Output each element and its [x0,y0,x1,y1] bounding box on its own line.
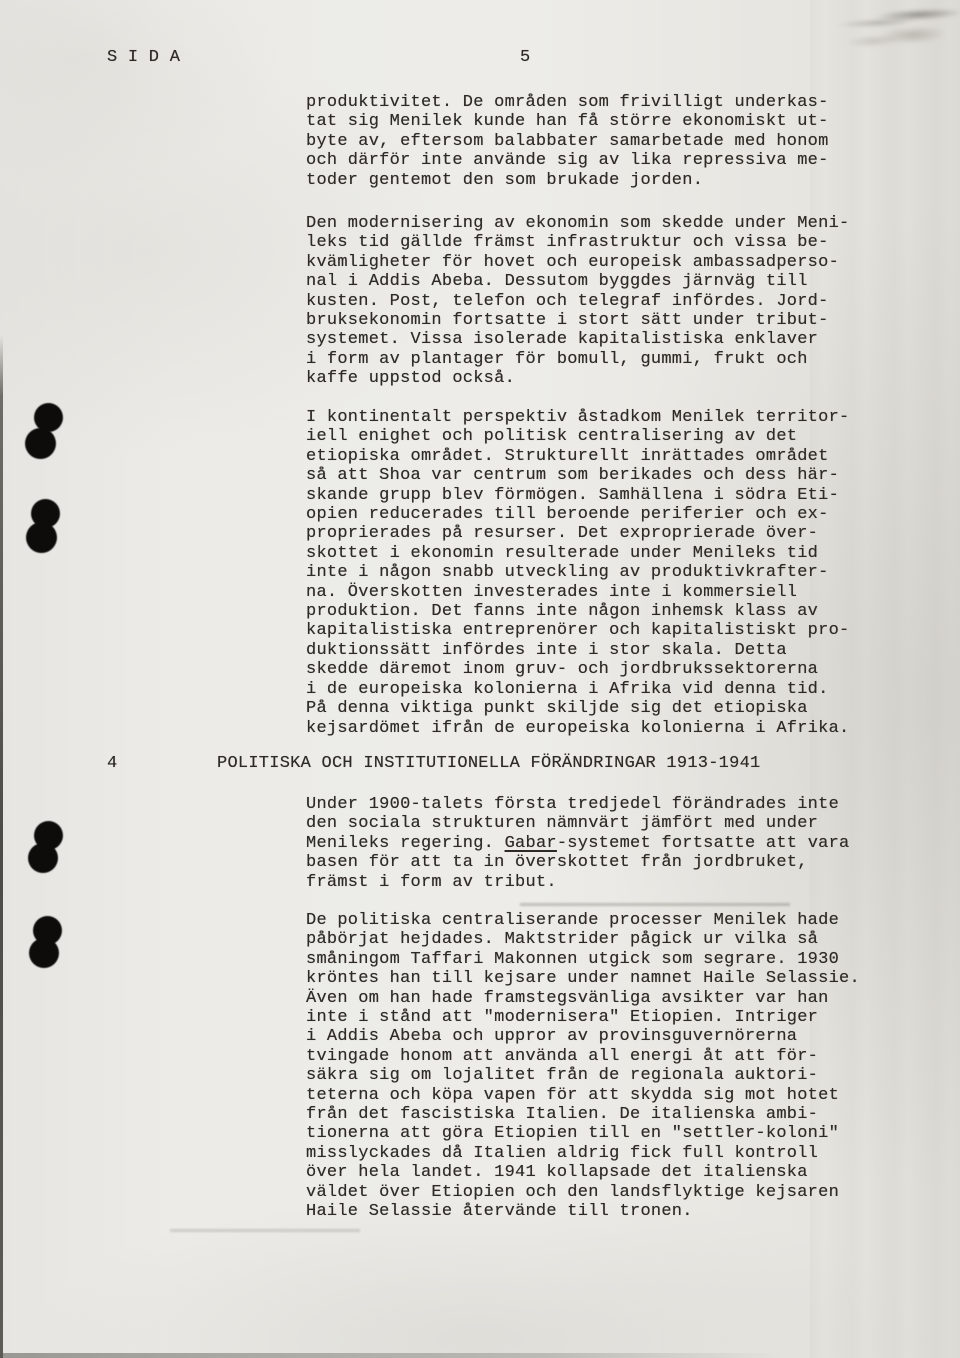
page-number: 5 [520,48,530,67]
paragraph-1: produktivitet. De områden som frivilligt… [306,93,829,190]
paragraph-4: Under 1900-talets första tredjedel förän… [306,795,850,892]
paragraph-2: Den modernisering av ekonomin som skedde… [306,214,850,389]
scan-edge-left [0,335,3,1358]
header-label: S I D A [107,48,180,67]
paragraph-5: De politiska centraliserande processer M… [306,911,860,1222]
section-heading-title: POLITISKA OCH INSTITUTIONELLA FÖRÄNDRING… [217,754,761,773]
scanned-document-page: S I D A 5 produktivitet. De områden som … [0,0,960,1358]
section-number: 4 [107,754,117,773]
smudge-artifact [827,0,960,61]
underlined-term: Gabar [505,834,557,853]
paragraph-3: I kontinentalt perspektiv åstadkom Menil… [306,408,850,738]
scan-edge-bottom [0,1353,780,1358]
scan-streak-artifact [170,1229,360,1232]
scan-streak-artifact [520,903,790,906]
